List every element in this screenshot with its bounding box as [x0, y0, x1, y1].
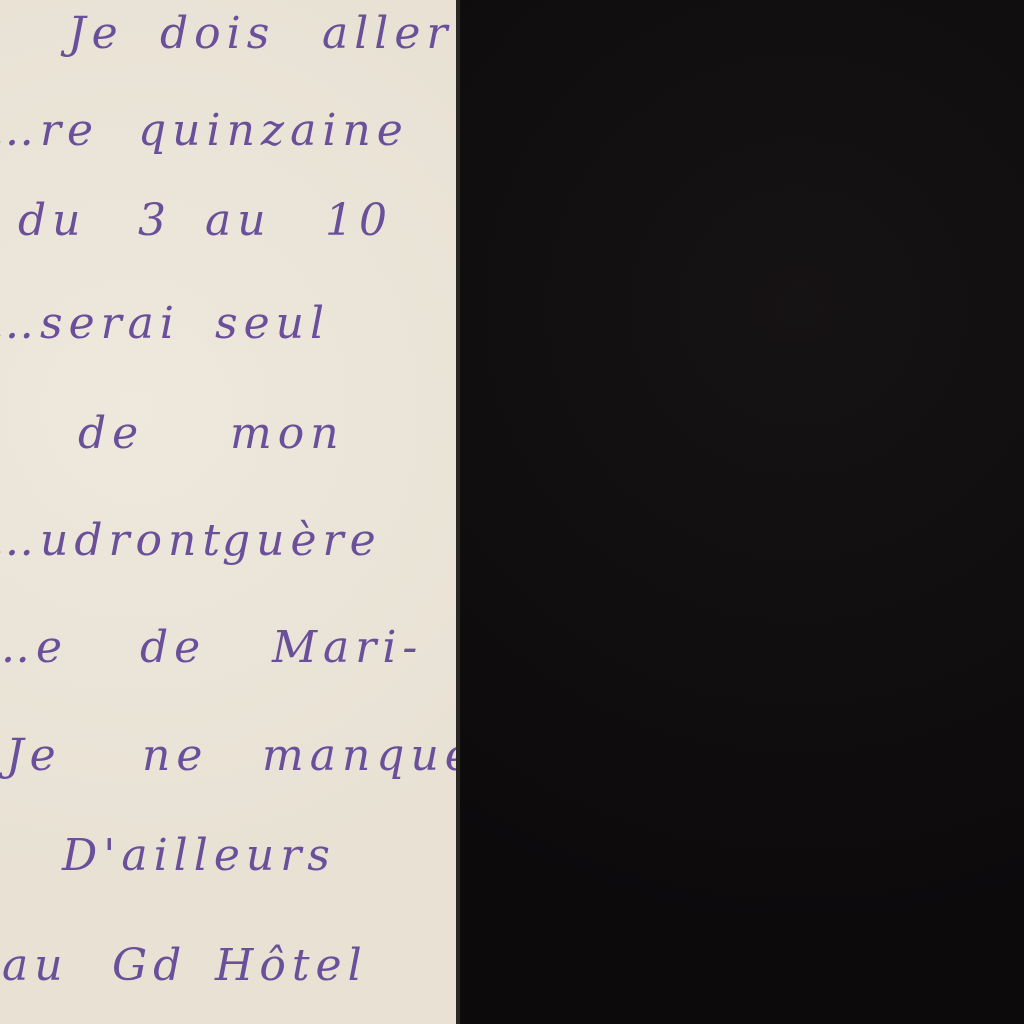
- word: Je: [6, 730, 62, 781]
- word: guère: [222, 515, 382, 566]
- word: …udront: [0, 515, 226, 566]
- word: du: [18, 195, 87, 246]
- word: seul: [215, 298, 330, 349]
- word: de: [78, 408, 144, 459]
- dark-background: [460, 0, 1024, 1024]
- word: ne: [142, 730, 208, 781]
- word: Mari-: [272, 622, 423, 673]
- word: de: [140, 622, 206, 673]
- letter-page: Je dois aller …re quinzaine du 3 au 10 ……: [0, 0, 456, 1024]
- word: manque: [262, 730, 456, 781]
- word: au: [205, 195, 272, 246]
- word: D'ailleurs: [62, 830, 336, 881]
- word: au: [2, 940, 69, 991]
- word: mon: [230, 408, 345, 459]
- word: Hôtel: [215, 940, 368, 991]
- word: dois: [160, 8, 275, 59]
- word: …e: [0, 622, 68, 673]
- word: 10: [325, 195, 393, 246]
- word: aller: [322, 8, 453, 59]
- word: …serai: [0, 298, 180, 349]
- word: quinzaine: [138, 105, 409, 156]
- word: Je: [68, 8, 124, 59]
- word: Gd: [112, 940, 187, 991]
- word: 3: [138, 195, 172, 246]
- word: …re: [0, 105, 99, 156]
